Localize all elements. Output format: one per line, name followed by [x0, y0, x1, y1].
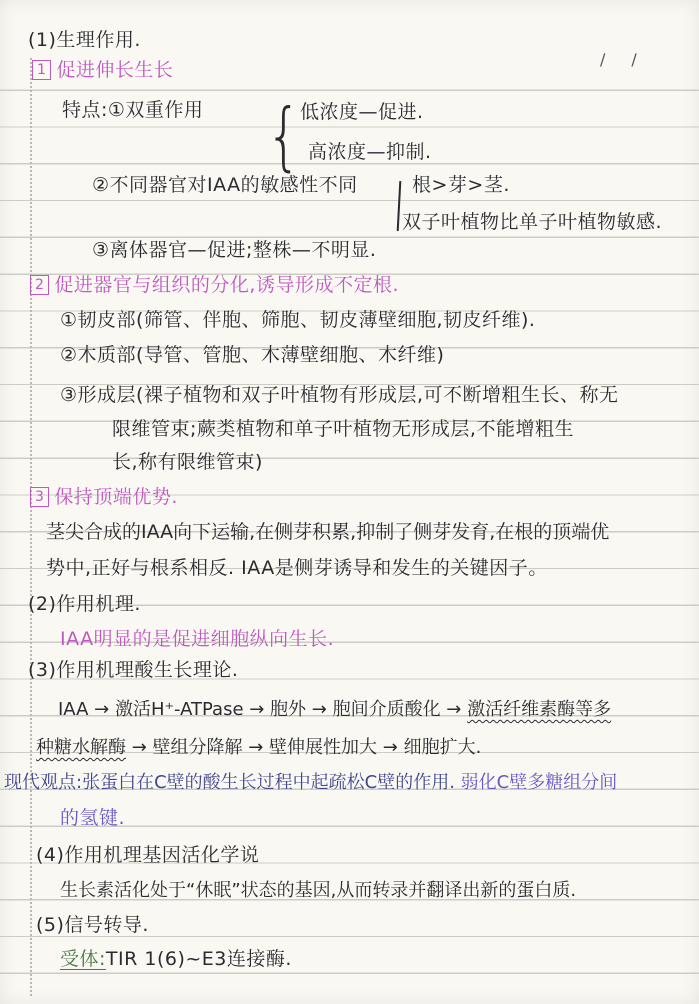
notebook-page: ∕∕ (1)生理作用. 1促进伸长生长 特点:①双重作用 { 低浓度—促进. 高…: [0, 0, 699, 1004]
note-line-gene-activation: (4)作用机理基因活化学说: [36, 843, 259, 868]
note-line-xylem: ②木质部(导管、管胞、木薄壁细胞、木纤维): [60, 343, 444, 368]
note-line-low-concentration: 低浓度—促进.: [300, 100, 424, 125]
note-line-signal-transduction: (5)信号转导.: [36, 913, 149, 938]
heading-promote-differentiation: 2促进器官与组织的分化,诱导形成不定根.: [30, 273, 399, 298]
note-line-flowchart-1: IAA → 激活H⁺-ATPase → 胞外 → 胞间介质酸化 → 激活纤维素酶…: [58, 697, 611, 722]
boxed-number-3: 3: [30, 487, 49, 507]
heading-1-text: 促进伸长生长: [56, 59, 173, 81]
modern-view-text: 现代观点:张蛋白在C壁的酸生长过程中起疏松C壁的作用.: [4, 772, 461, 793]
note-line-cambium-2: 限维管束;蕨类植物和单子叶植物无形成层,不能增粗生: [112, 417, 574, 442]
note-line-apical-dominance-1: 茎尖合成的IAA向下运输,在侧芽积累,抑制了侧芽发育,在根的顶端优: [46, 520, 609, 545]
weaken-polysaccharide-text: 弱化C壁多糖组分间: [461, 772, 618, 793]
note-line-cambium-1: ③形成层(裸子植物和双子叶植物有形成层,可不断增粗生长、称无: [60, 383, 619, 408]
note-line-isolated-organ: ③离体器官—促进;整株—不明显.: [92, 238, 376, 263]
curly-brace: {: [266, 94, 302, 180]
boxed-number-1: 1: [32, 60, 51, 80]
note-line-flowchart-2: 种糖水解酶 → 壁组分降解 → 壁伸展性加大 → 细胞扩大.: [36, 735, 481, 760]
heading-promote-elongation: 1促进伸长生长: [32, 58, 173, 83]
brace-stroke: [397, 181, 402, 231]
note-line-mechanism: (2)作用机理.: [28, 592, 141, 617]
flowchart-end: → 壁组分降解 → 壁伸展性加大 → 细胞扩大.: [126, 737, 481, 758]
note-line-dicot-sensitive: 双子叶植物比单子叶植物敏感.: [402, 210, 662, 235]
stray-pen-marks: ∕∕: [600, 50, 663, 69]
flowchart-start: IAA → 激活H⁺-ATPase → 胞外 → 胞间介质酸化 →: [58, 699, 467, 720]
note-line-dormant-gene: 生长素活化处于“休眠”状态的基因,从而转录并翻译出新的蛋白质.: [60, 878, 576, 903]
note-line-dual-effect: 特点:①双重作用: [62, 98, 203, 123]
flowchart-enzyme-underlined: 激活纤维素酶等多: [467, 699, 611, 720]
note-line-hydrogen-bond: 的氢键.: [60, 806, 125, 831]
note-line-apical-dominance-2: 势中,正好与根系相反. IAA是侧芽诱导和发生的关键因子。: [46, 556, 548, 581]
heading-2-text: 促进器官与组织的分化,诱导形成不定根.: [54, 274, 399, 296]
note-line-cambium-3: 长,称有限维管束): [112, 450, 263, 475]
note-line-organ-sensitivity: ②不同器官对IAA的敏感性不同: [92, 173, 358, 198]
flowchart-hydrolase-underlined: 种糖水解酶: [36, 737, 126, 758]
note-line-receptor: 受体:TIR 1(6)~E3连接酶.: [60, 947, 292, 972]
receptor-label: 受体:: [60, 948, 106, 970]
note-line-phloem: ①韧皮部(筛管、伴胞、筛胞、韧皮薄壁细胞,韧皮纤维).: [60, 308, 535, 333]
note-line-high-concentration: 高浓度—抑制.: [308, 140, 432, 165]
receptor-value: TIR 1(6)~E3连接酶.: [106, 948, 292, 970]
note-line-longitudinal-growth: IAA明显的是促进细胞纵向生长.: [60, 627, 334, 652]
note-line-modern-view: 现代观点:张蛋白在C壁的酸生长过程中起疏松C壁的作用. 弱化C壁多糖组分间: [4, 770, 617, 795]
note-line-acid-growth-theory: (3)作用机理酸生长理论.: [28, 658, 238, 683]
note-line-physiological-function: (1)生理作用.: [28, 28, 141, 53]
boxed-number-2: 2: [30, 275, 49, 295]
heading-apical-dominance: 3保持顶端优势.: [30, 485, 178, 510]
note-line-root-bud-stem: 根>芽>茎.: [412, 173, 510, 198]
margin-dotted-line: [30, 58, 32, 996]
heading-3-text: 保持顶端优势.: [54, 486, 178, 508]
